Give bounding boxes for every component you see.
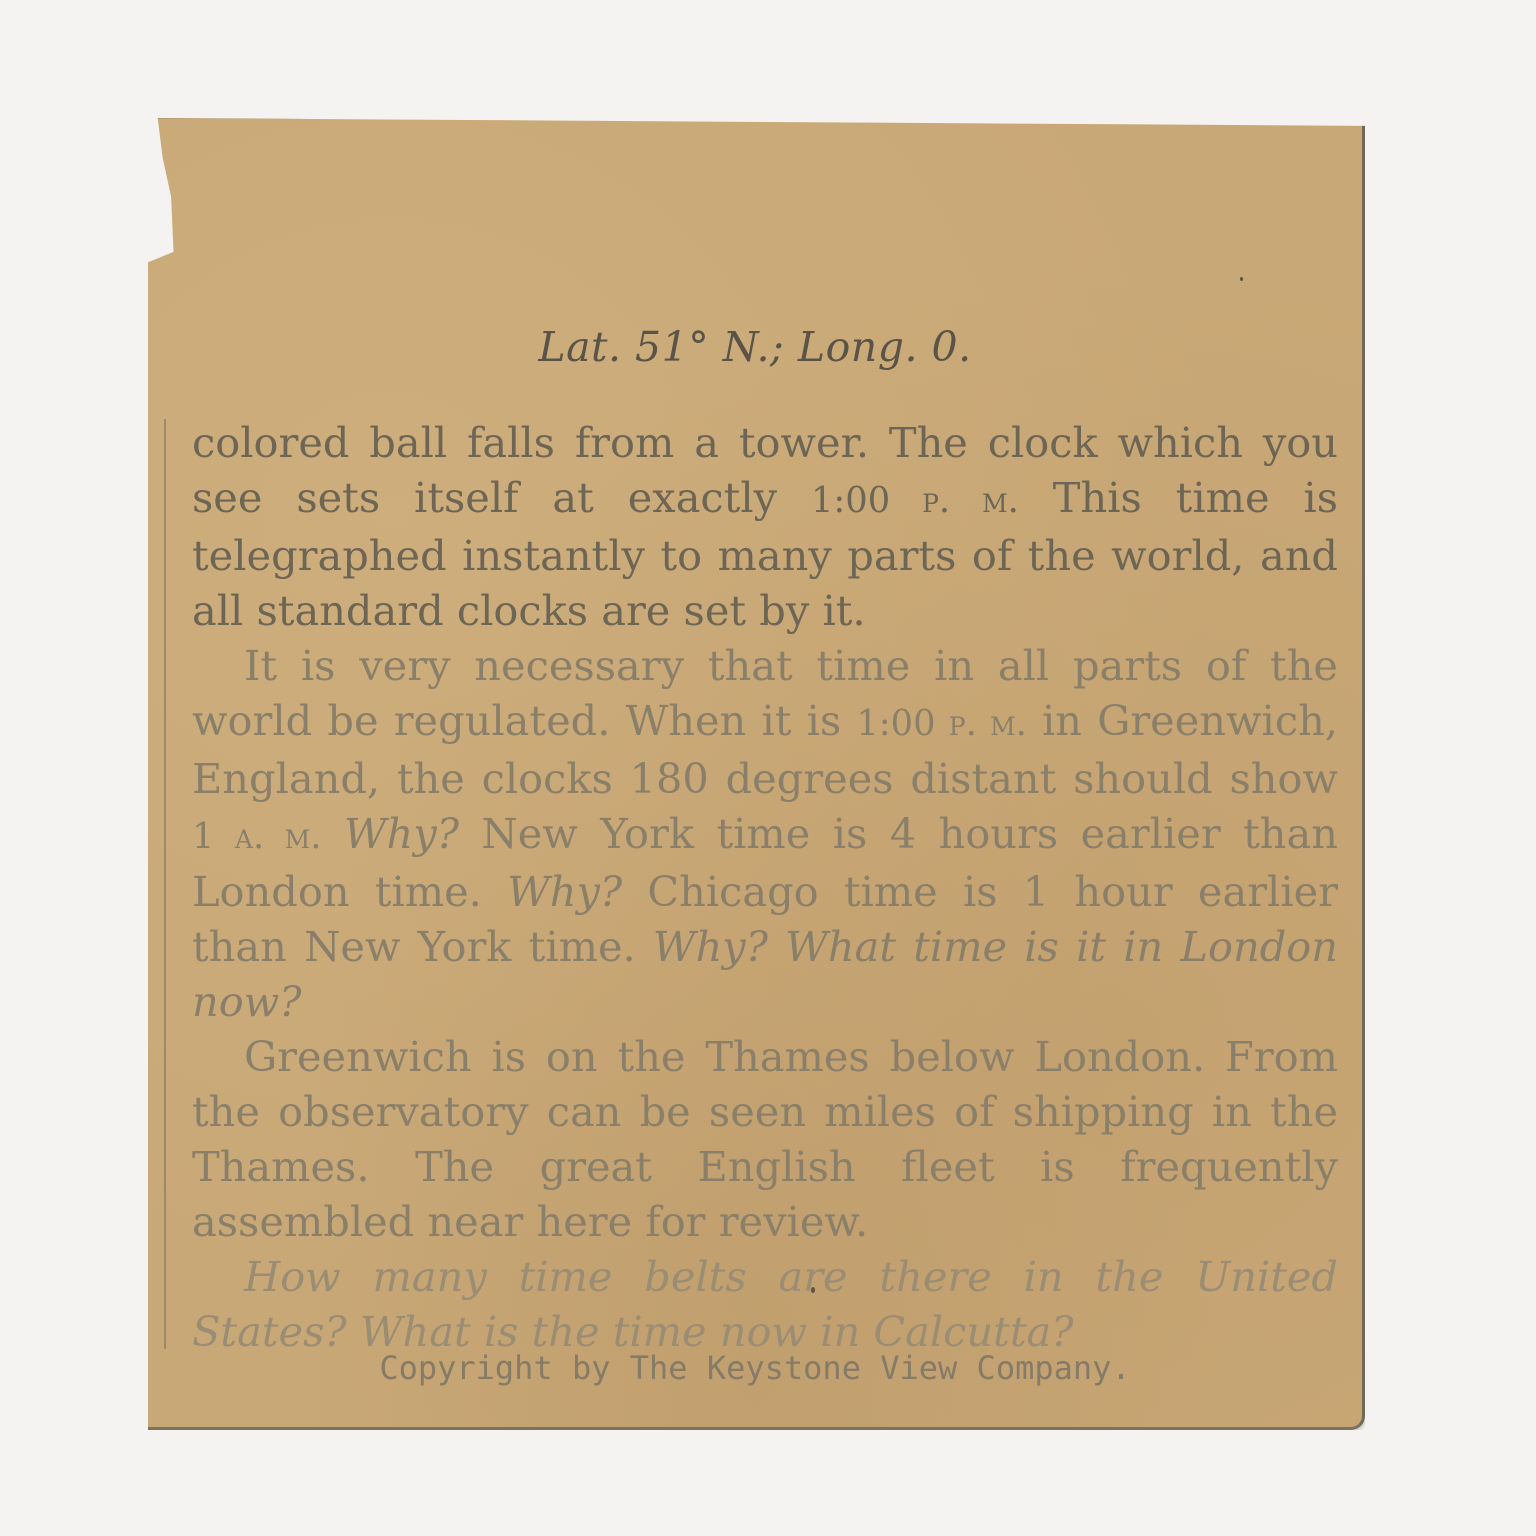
paragraph-3: Greenwich is on the Thames below London.…: [192, 1029, 1338, 1249]
copyright-notice: Copyright by The Keystone View Company.: [148, 1349, 1362, 1387]
text-segment: [321, 809, 343, 858]
question-text: Why?: [344, 809, 459, 858]
stereoview-card-back: Lat. 51° N.; Long. 0. colored ball falls…: [148, 118, 1365, 1430]
paper-speck: [1240, 277, 1243, 281]
text-segment: Greenwich is on the Thames below London.…: [192, 1032, 1338, 1246]
question-text: Why?: [507, 867, 622, 916]
time-text: 1:00 p. m.: [856, 703, 1026, 744]
time-text: 1:00 p. m.: [811, 480, 1019, 521]
question-text: How many time belts are there in the Uni…: [192, 1252, 1338, 1356]
paragraph-1: colored ball falls from a tower. The clo…: [192, 415, 1338, 638]
paragraph-2: It is very necessary that time in all pa…: [192, 638, 1338, 1029]
margin-rule: [164, 419, 166, 1349]
paper-speck: [811, 1287, 815, 1293]
card-body-text: colored ball falls from a tower. The clo…: [192, 415, 1338, 1359]
time-text: 1 a. m.: [192, 816, 321, 857]
paragraph-4: How many time belts are there in the Uni…: [192, 1249, 1338, 1359]
card-heading: Lat. 51° N.; Long. 0.: [148, 323, 1362, 371]
